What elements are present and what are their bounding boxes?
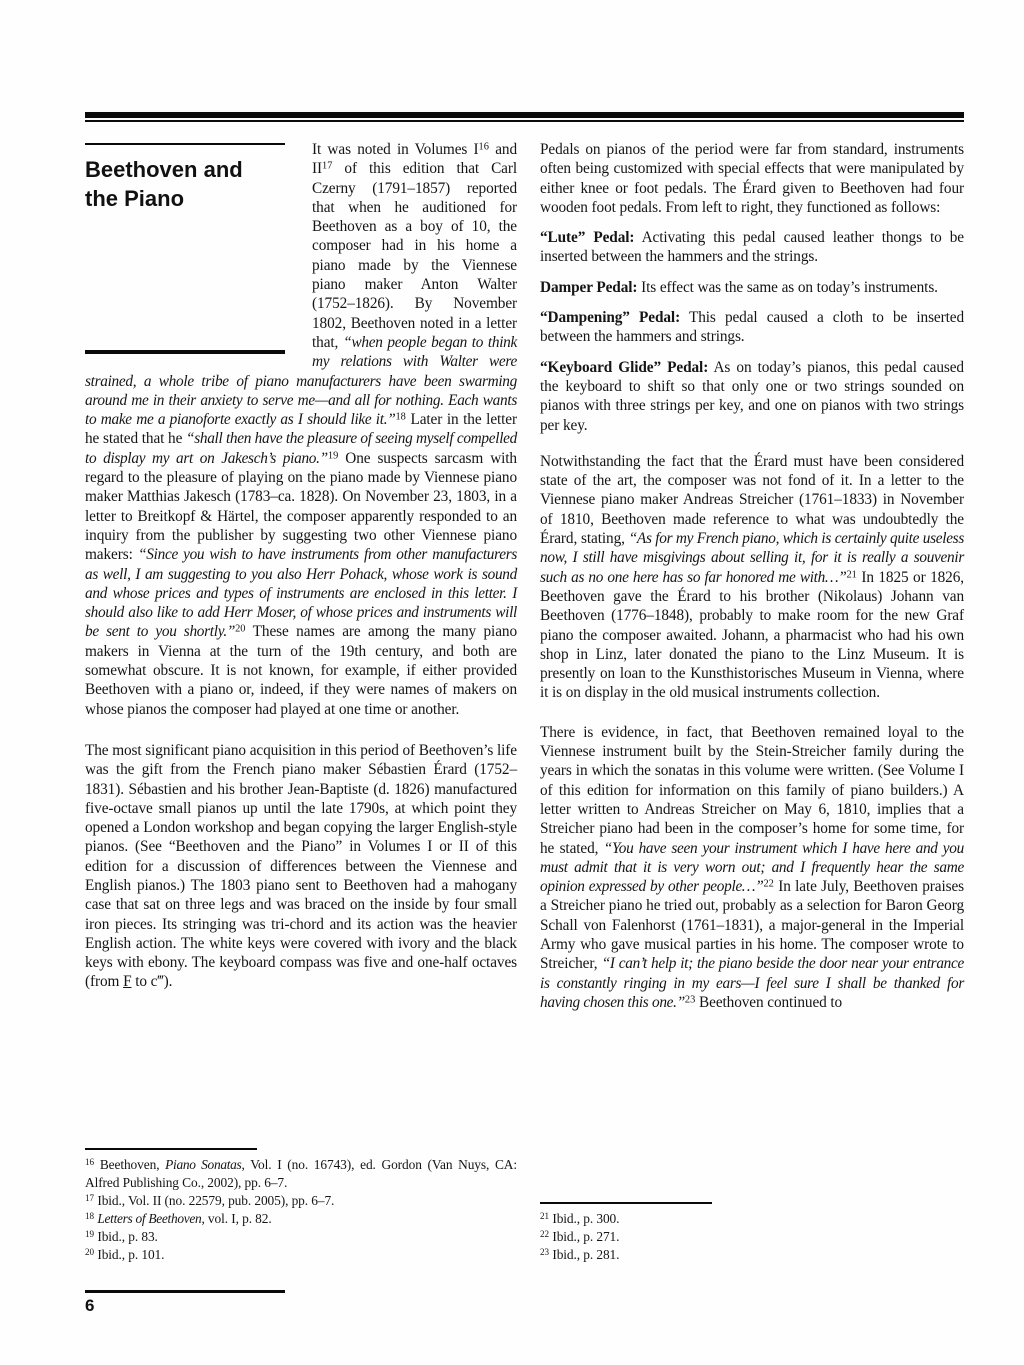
page-footer: 6 [85,1290,285,1316]
footnote-separator-right [540,1202,712,1204]
footnote-21: 21 Ibid., p. 300. [540,1210,964,1228]
page-title-line1: Beethoven and [85,157,243,182]
top-double-rule [85,112,964,122]
footnote-18: 18 Letters of Beethoven, vol. I, p. 82. [85,1210,517,1228]
erard-paragraph: The most significant piano acquisition i… [85,741,517,992]
damper-pedal-paragraph: Damper Pedal: Its effect was the same as… [540,278,964,297]
page-title-line2: the Piano [85,186,184,211]
dampening-pedal-paragraph: “Dampening” Pedal: This pedal caused a c… [540,308,964,347]
left-column: Beethoven andthe Piano It was noted in V… [85,140,517,992]
footnote-20: 20 Ibid., p. 101. [85,1246,517,1264]
keyboard-glide-pedal-paragraph: “Keyboard Glide” Pedal: As on today’s pi… [540,358,964,435]
footer-rule [85,1290,285,1293]
page-title: Beethoven andthe Piano [85,156,300,213]
page-number: 6 [85,1296,285,1316]
footnote-17: 17 Ibid., Vol. II (no. 22579, pub. 2005)… [85,1192,517,1210]
footnote-16: 16 Beethoven, Piano Sonatas, Vol. I (no.… [85,1156,517,1192]
title-rule-bottom [85,350,285,354]
right-column: Pedals on pianos of the period were far … [540,140,964,1012]
footnotes-right: 21 Ibid., p. 300. 22 Ibid., p. 271. 23 I… [540,1202,964,1264]
notwithstanding-paragraph: Notwithstanding the fact that the Érard … [540,452,964,703]
title-rule-top [85,143,285,145]
footnote-19: 19 Ibid., p. 83. [85,1228,517,1246]
footnote-22: 22 Ibid., p. 271. [540,1228,964,1246]
pedals-intro-paragraph: Pedals on pianos of the period were far … [540,140,964,217]
footnote-separator-left [85,1148,257,1150]
evidence-paragraph: There is evidence, in fact, that Beethov… [540,723,964,1012]
footnotes-left: 16 Beethoven, Piano Sonatas, Vol. I (no.… [85,1148,517,1264]
lute-pedal-paragraph: “Lute” Pedal: Activating this pedal caus… [540,228,964,267]
section-title-block: Beethoven andthe Piano [85,140,300,358]
intro-paragraph: Beethoven andthe Piano It was noted in V… [85,140,517,719]
book-page: Beethoven andthe Piano It was noted in V… [0,0,1024,1365]
footnote-23: 23 Ibid., p. 281. [540,1246,964,1264]
